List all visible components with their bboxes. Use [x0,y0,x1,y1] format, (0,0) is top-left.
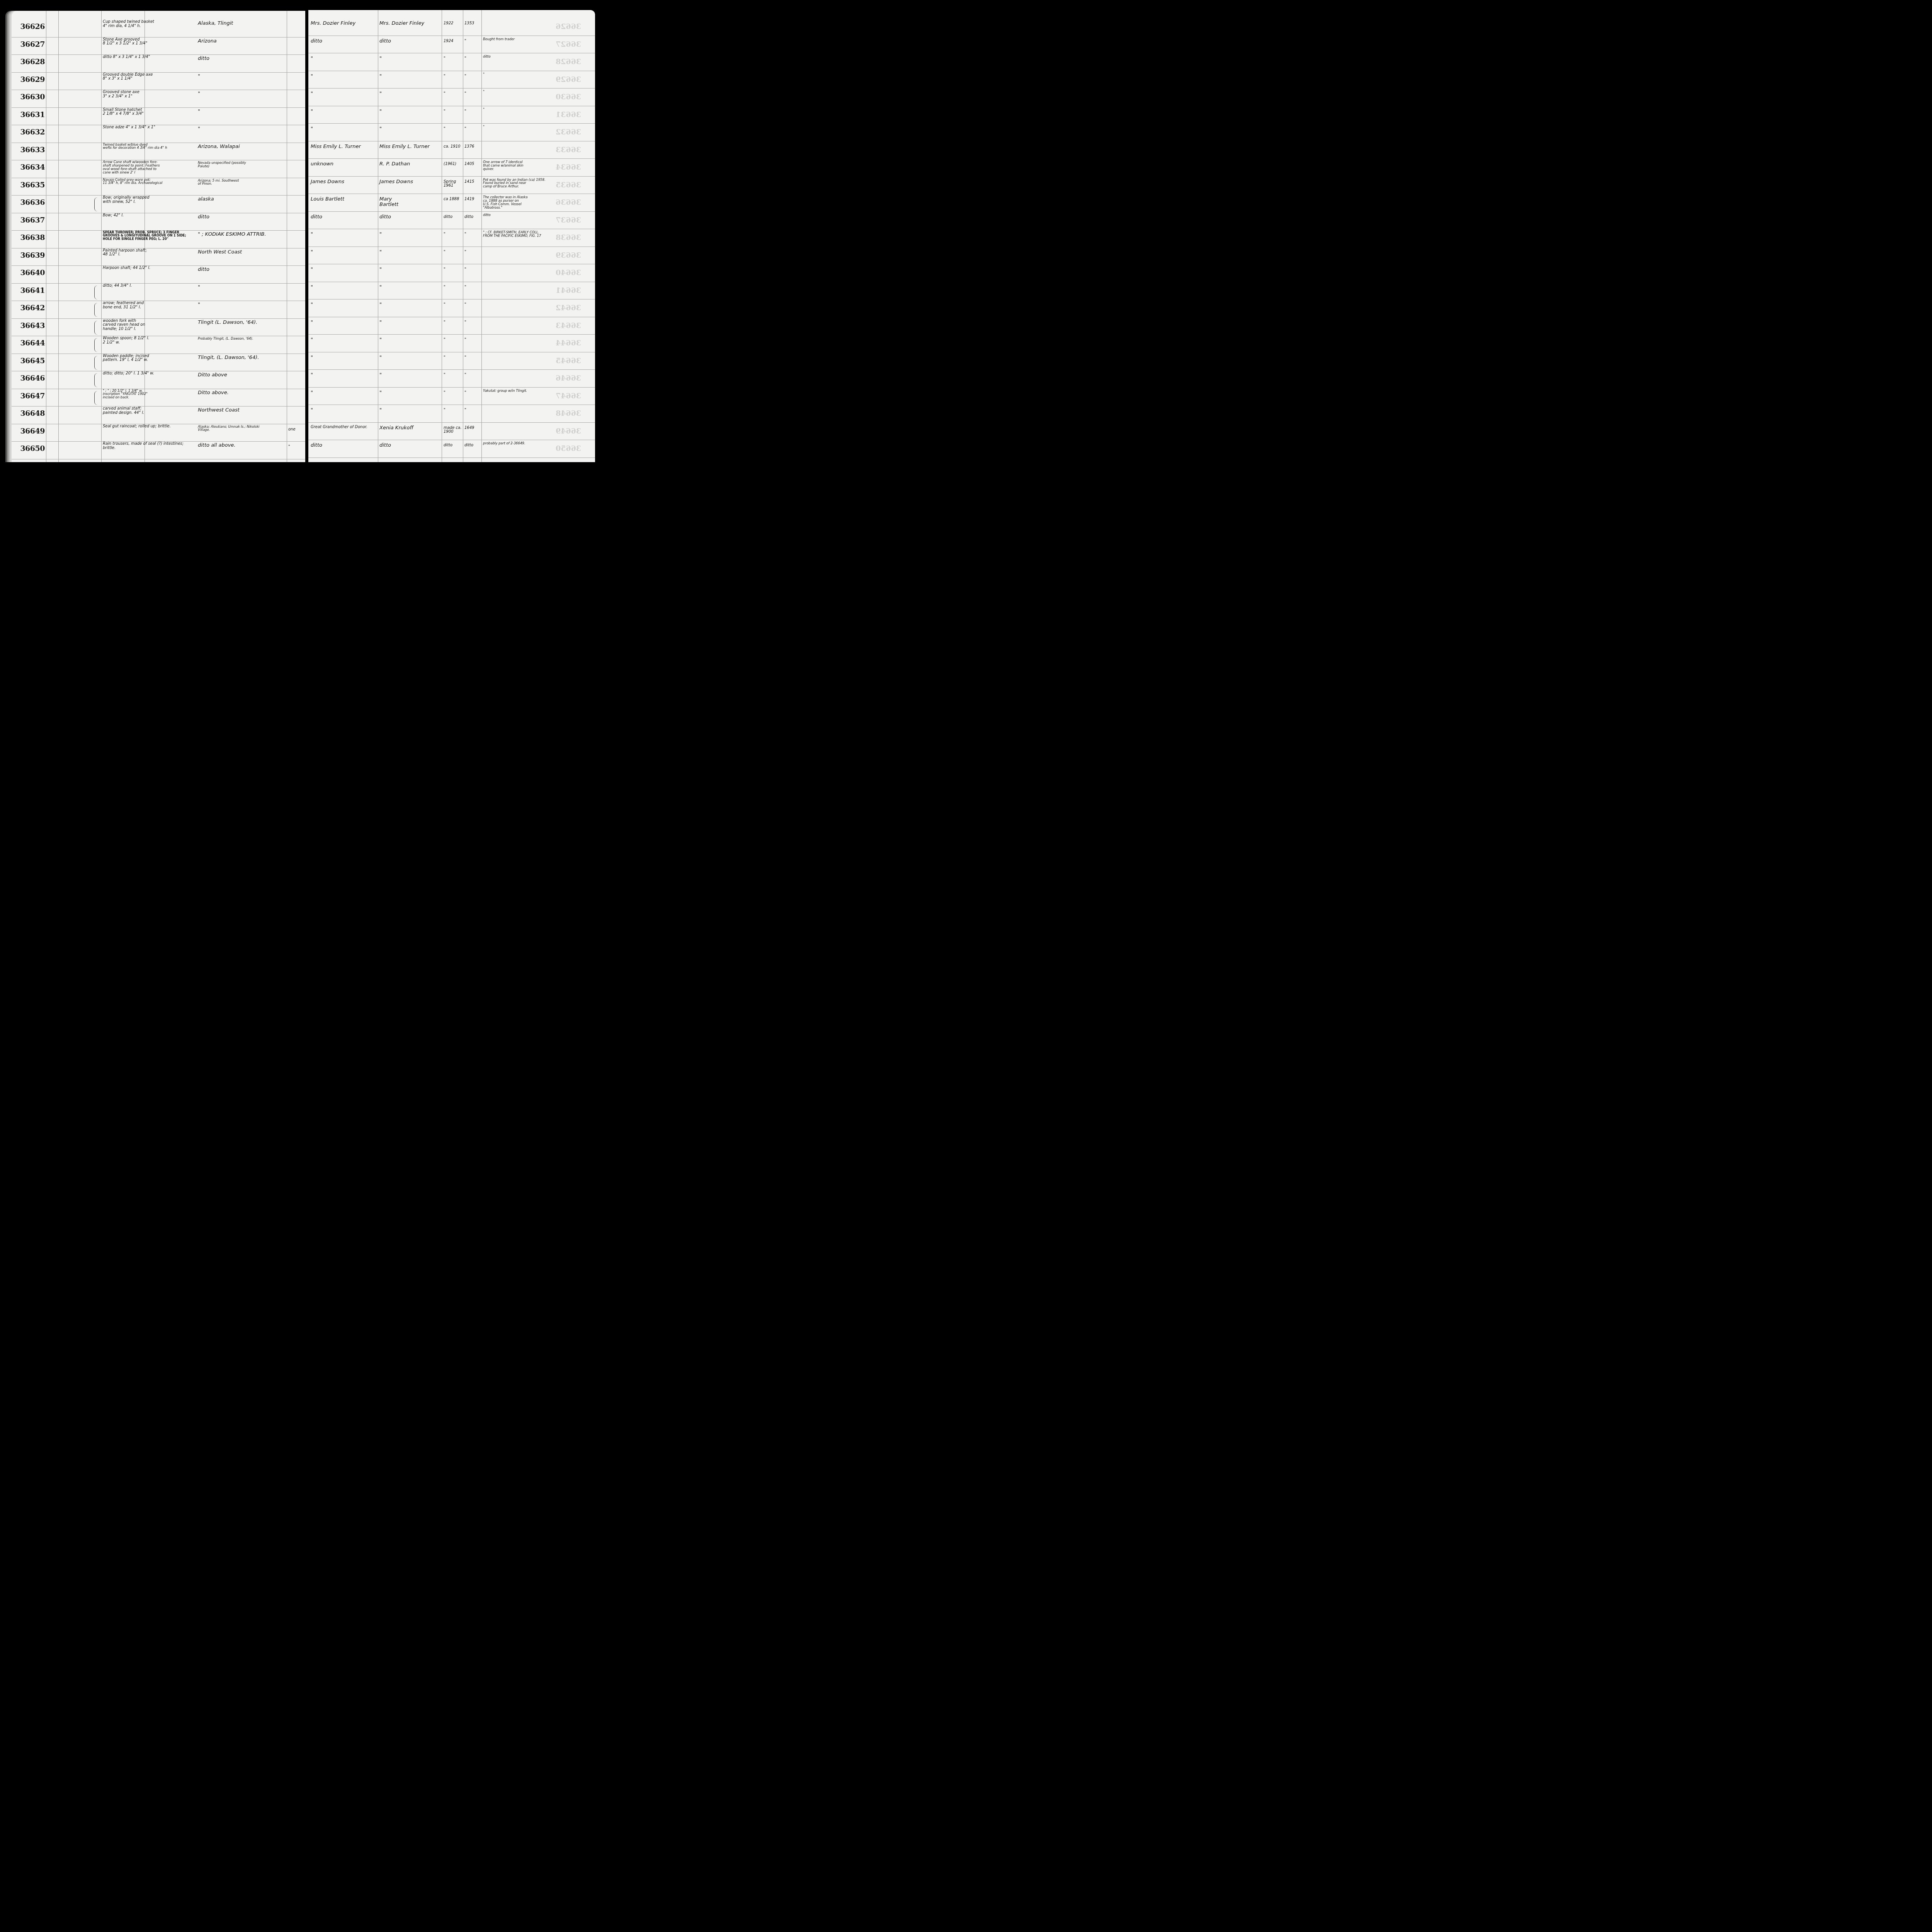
catalog-number: 36649 [13,428,45,435]
show-through-number: 36637 [556,216,581,224]
accession-number: " [464,127,481,131]
date: " [444,127,462,131]
ledger-row-right: dittoditto1924"Bought from trader [308,36,595,54]
donor: " [379,372,441,378]
ledger-row-left: 36633Twined basket w/blue dyed wefts for… [12,143,305,160]
description: Wooden spoon; 8 1/2" l. 2 1/2" w. [103,337,196,345]
show-through-number: 36629 [556,75,581,84]
collector: " [311,302,377,308]
show-through-number: 36650 [556,444,581,453]
date: " [444,57,462,61]
description: Bow; originally wrapped with sinew, 52" … [103,196,196,204]
date: 1922 [444,22,462,26]
ledger-row-right: Mrs. Dozier FinleyMrs. Dozier Finley1922… [308,19,595,36]
quantity: " [288,445,304,449]
description: " ; " ; 20 1/2" l. 1 3/4" w. inscription… [103,389,196,400]
description: Rain trousers, made of seal (?) intestin… [103,442,196,450]
ledger-row-right: Louis BartlettMary Bartlettca 18881419Th… [308,194,595,212]
ledger-row-right: """"" [308,89,595,107]
description: ditto 8" x 3 1/4" x 1 3/4" [103,55,196,60]
collector: " [311,109,377,114]
accession-number: " [464,356,481,360]
collector: " [311,320,377,325]
date: ditto [444,215,462,219]
locality: Tlingit, (L. Dawson, '64). [198,355,285,361]
ledger-row-right: James DownsJames DownsSpring 19611415Pot… [308,177,595,195]
accession-number: " [464,303,481,307]
date: 1924 [444,39,462,44]
bracket-mark [94,303,99,317]
accession-number: " [464,408,481,413]
locality: Arizona, Walapai [198,144,285,150]
donor: " [379,126,441,132]
ledger-row-right: """"" [308,107,595,124]
accession-number: 1376 [464,145,481,149]
ledger-row-left: 36637Bow; 42" l.ditto [12,213,305,231]
locality: " [198,302,285,308]
catalog-number: 36626 [13,23,45,31]
accession-number: 1415 [464,180,481,184]
ledger-row-left: 36645Wooden paddle; incised pattern. 19"… [12,354,305,371]
collector: " [311,390,377,396]
date: ditto [444,444,462,448]
show-through-number: 36633 [556,146,581,154]
bracket-mark [94,373,99,387]
accession-number: " [464,250,481,255]
ledger-row-right: """"ditto [308,54,595,71]
catalog-number: 36635 [13,182,45,189]
locality: Nevada unspecified (possibly Paiute) [198,162,285,168]
ledger-row-left: 36643wooden fork with carved raven head … [12,318,305,336]
show-through-number: 36646 [556,374,581,383]
ledger-row-left: 36649Seal gut raincoat; rolled up; britt… [12,424,305,442]
ledger-row-left: 36632Stone adze 4" x 1 3/4" x 1"" [12,125,305,143]
show-through-number: 36635 [556,181,581,189]
ledger-row-left: 36644Wooden spoon; 8 1/2" l. 2 1/2" w.Pr… [12,336,305,354]
ledger-row-left: 36634Arrow Cane shaft w/wooden fore- sha… [12,160,305,178]
donor: Miss Emily L. Turner [379,144,441,150]
show-through-number: 36648 [556,409,581,418]
ledger-row-left: 36627Stone Axe grooved 8 1/2" x 3 1/2" x… [12,37,305,55]
date: " [444,268,462,272]
donor: ditto [379,214,441,220]
date: " [444,233,462,237]
left-ledger-page: 36626Cup shaped twined basket 4" rim dia… [12,11,305,462]
accession-number: 1419 [464,197,481,202]
collector: " [311,250,377,255]
accession-number: " [464,75,481,79]
collector: " [311,285,377,290]
date: " [444,321,462,325]
accession-number: " [464,373,481,378]
accession-number: 1353 [464,22,481,26]
show-through-number: 36638 [556,233,581,242]
locality: alaska [198,197,285,202]
description: Bow; 42" l. [103,214,196,218]
donor: Mary Bartlett [379,197,441,207]
catalog-number: 36642 [13,304,45,312]
accession-number: " [464,391,481,395]
date: ca 1888 [444,197,462,202]
ledger-row-left: 36639Painted harpoon shaft; 48 1/2" l.No… [12,248,305,266]
show-through-number: 36639 [556,251,581,260]
description: Small Stone hatchet 2 1/8" x 4 7/8" x 3/… [103,108,196,116]
quantity: one [288,428,304,432]
catalog-number: 36638 [13,234,45,242]
ledger-row-right: """" [308,318,595,335]
date: " [444,250,462,255]
accession-number: " [464,268,481,272]
locality: ditto [198,267,285,272]
date: " [444,391,462,395]
accession-number: " [464,39,481,44]
description: Wooden paddle; incised pattern. 19" l, 4… [103,354,196,362]
collector: " [311,126,377,132]
accession-number: 1405 [464,162,481,167]
catalog-number: 36636 [13,199,45,207]
description: Twined basket w/blue dyed wefts for deco… [103,143,196,150]
catalog-number: 36637 [13,217,45,224]
ledger-row-left: 36641ditto; 44 3/4" l." [12,283,305,301]
donor: " [379,320,441,325]
locality: Alaska, Tlingit [198,21,285,26]
donor: " [379,285,441,290]
show-through-number: 36643 [556,321,581,330]
catalog-number: 36647 [13,393,45,400]
date: (1961) [444,162,462,167]
accession-number: " [464,57,481,61]
donor: " [379,408,441,413]
ledger-row-left: 36630Grooved stone axe 3" x 2 3/4" x 1"" [12,90,305,107]
ledger-row-left: 36647" ; " ; 20 1/2" l. 1 3/4" w. inscri… [12,389,305,406]
bracket-mark [94,197,99,211]
catalog-number: 36648 [13,410,45,418]
donor: Xenia Krukoff [379,425,441,431]
accession-number: " [464,286,481,290]
locality: " ; KODIAK ESKIMO ATTRIB. [198,232,285,237]
collector: " [311,56,377,61]
show-through-number: 36626 [556,22,581,31]
show-through-number: 36636 [556,198,581,207]
collector: " [311,337,377,343]
collector: ditto [311,214,377,220]
ledger-row-left: 36650Rain trousers, made of seal (?) int… [12,441,305,459]
date: " [444,75,462,79]
date: ca. 1910 [444,145,462,149]
collector: " [311,74,377,79]
ledger-row-right: """" [308,300,595,318]
locality: " [198,126,285,132]
locality: " [198,74,285,79]
show-through-number: 36628 [556,58,581,66]
catalog-number: 36640 [13,269,45,277]
show-through-number: 36645 [556,357,581,365]
donor: " [379,302,441,308]
catalog-number: 36641 [13,287,45,295]
description: arrow; feathered and bone end, 31 1/2" l… [103,301,196,310]
donor: " [379,337,441,343]
locality: ditto [198,214,285,220]
collector: James Downs [311,179,377,185]
row-rule [12,459,305,459]
donor: " [379,250,441,255]
ledger-row-left: 36626Cup shaped twined basket 4" rim dia… [12,19,305,37]
collector: Mrs. Dozier Finley [311,21,377,26]
ledger-row-left: 36640Harpoon shaft; 44 1/2" l.ditto [12,265,305,283]
donor: " [379,232,441,237]
catalog-number: 36633 [13,146,45,154]
catalog-number: 36631 [13,111,45,119]
catalog-number: 36639 [13,252,45,260]
date: " [444,408,462,413]
description: SPEAR THROWER; PROB. SPRUCE; 3 FINGER GR… [103,231,196,241]
date: " [444,356,462,360]
catalog-number: 36643 [13,322,45,330]
description: Grooved double Edge axe 8" x 3" x 1 1/4" [103,73,196,81]
accession-number: 1649 [464,426,481,430]
locality: " [198,285,285,290]
collector: " [311,232,377,237]
donor: " [379,74,441,79]
locality: Probably Tlingit, (L. Dawson, '64). [198,337,285,341]
ledger-row-left: 36629Grooved double Edge axe 8" x 3" x 1… [12,72,305,90]
locality: Alaska; Aleutians; Umnak Is.; Nikolski V… [198,425,285,432]
donor: " [379,390,441,396]
donor: R. P. Dathan [379,162,441,167]
ledger-row-left: 36628ditto 8" x 3 1/4" x 1 3/4"ditto [12,54,305,72]
ledger-row-right: """"" [308,124,595,142]
donor: " [379,109,441,114]
collector: Great Grandmother of Donor. [311,425,377,430]
description: Painted harpoon shaft; 48 1/2" l. [103,249,196,257]
accession-number: " [464,110,481,114]
description: Stone Axe grooved 8 1/2" x 3 1/2" x 1 3/… [103,38,196,46]
catalog-number: 36644 [13,340,45,347]
collector: ditto [311,443,377,448]
ledger-row-right: """" [308,405,595,423]
show-through-number: 36631 [556,111,581,119]
accession-number: " [464,233,481,237]
ledger-row-right: """" [308,335,595,353]
donor: " [379,267,441,272]
show-through-number: 36644 [556,339,581,347]
donor: " [379,56,441,61]
ledger-row-left: 36638SPEAR THROWER; PROB. SPRUCE; 3 FING… [12,230,305,248]
accession-number: " [464,92,481,96]
show-through-number: 36627 [556,40,581,49]
ledger-row-right: """"" ; CF. BIRKET-SMITH, EARLY COLL. FR… [308,230,595,247]
catalog-number: 36628 [13,58,45,66]
description: Harpoon shaft; 44 1/2" l. [103,266,196,270]
ledger-row-right: """" [308,265,595,282]
catalog-number: 36627 [13,41,45,49]
description: Grooved stone axe 3" x 2 3/4" x 1" [103,90,196,99]
bracket-mark [94,391,99,405]
donor: Mrs. Dozier Finley [379,21,441,26]
donor: " [379,91,441,97]
bracket-mark [94,286,99,299]
date: " [444,92,462,96]
ledger-row-right: """" [308,282,595,300]
date: " [444,110,462,114]
bracket-mark [94,356,99,370]
bracket-mark [94,338,99,352]
ledger-row-right: """" [308,370,595,388]
locality: " [198,109,285,114]
bracket-mark [94,321,99,335]
ledger-row-left: 36646ditto; ditto; 20" l. 1 3/4" w.Ditto… [12,371,305,389]
accession-number: " [464,338,481,342]
locality: Tlingit (L. Dawson, '64). [198,320,285,325]
collector: ditto [311,39,377,44]
right-ledger-page: Mrs. Dozier FinleyMrs. Dozier Finley1922… [308,10,595,462]
ledger-row-right: Miss Emily L. TurnerMiss Emily L. Turner… [308,142,595,160]
ledger-row-left: 36631Small Stone hatchet 2 1/8" x 4 7/8"… [12,107,305,125]
catalog-number: 36632 [13,129,45,136]
donor: ditto [379,39,441,44]
donor: " [379,355,441,361]
ledger-row-right: """" [308,353,595,371]
ledger-row-right: dittodittodittodittoprobably part of 2-3… [308,440,595,458]
description: carved animal staff; painted design. 44"… [103,407,196,415]
description: Arrow Cane shaft w/wooden fore- shaft sh… [103,161,196,175]
show-through-number: 36641 [556,286,581,295]
ledger-row-left: 36648carved animal staff; painted design… [12,406,305,424]
catalog-number: 36646 [13,375,45,383]
description: Seal gut raincoat; rolled up; brittle. [103,425,196,429]
collector: " [311,408,377,413]
catalog-number: 36650 [13,445,45,453]
show-through-number: 36632 [556,128,581,136]
show-through-number: 36630 [556,93,581,101]
date: " [444,338,462,342]
locality: ditto all above. [198,443,285,448]
date: " [444,286,462,290]
ledger-row-right: """"Yakutat: group w/in Tlingit. [308,388,595,406]
catalog-number: 36645 [13,357,45,365]
accession-number: ditto [464,444,481,448]
description: ditto; ditto; 20" l. 1 3/4" w. [103,372,196,376]
donor: James Downs [379,179,441,185]
catalog-number: 36629 [13,76,45,84]
ledger-row-right: """"" [308,71,595,89]
date: " [444,373,462,378]
catalog-number: 36630 [13,94,45,101]
collector: " [311,91,377,97]
collector: " [311,372,377,378]
description: Stone adze 4" x 1 3/4" x 1" [103,126,196,130]
date: Spring 1961 [444,180,462,188]
description: Navajo Coiled grey-ware pot; 11 3/4" h, … [103,179,196,185]
collector: Louis Bartlett [311,197,377,202]
locality: " [198,91,285,97]
show-through-number: 36640 [556,269,581,277]
date: made ca. 1900 [444,426,462,434]
locality: Arizona; 5 mi. Southwest of Pinon. [198,179,285,186]
locality: North West Coast [198,250,285,255]
date: " [444,303,462,307]
locality: Ditto above. [198,390,285,396]
ledger-row-left: 36636Bow; originally wrapped with sinew,… [12,195,305,213]
show-through-number: 36634 [556,163,581,172]
locality: Arizona [198,39,285,44]
ledger-row-left: 36642arrow; feathered and bone end, 31 1… [12,301,305,318]
ledger-row-right: Great Grandmother of Donor.Xenia Krukoff… [308,423,595,441]
ledger-row-left: 36635Navajo Coiled grey-ware pot; 11 3/4… [12,178,305,196]
locality: ditto [198,56,285,61]
catalog-number: 36634 [13,164,45,172]
description: wooden fork with carved raven head on ha… [103,319,196,332]
accession-number: ditto [464,215,481,219]
collector: unknown [311,162,377,167]
description: ditto; 44 3/4" l. [103,284,196,288]
locality: Northwest Coast [198,408,285,413]
show-through-number: 36642 [556,304,581,312]
collector: " [311,355,377,361]
show-through-number: 36647 [556,392,581,400]
collector: " [311,267,377,272]
description: Cup shaped twined basket 4" rim dia, 4 1… [103,20,196,28]
ledger-row-right: unknownR. P. Dathan(1961)1405One arrow o… [308,159,595,177]
locality: Ditto above [198,372,285,378]
ledger-row-right: """" [308,247,595,265]
donor: ditto [379,443,441,448]
accession-number: " [464,321,481,325]
show-through-number: 36649 [556,427,581,435]
ledger-row-right: dittodittodittodittoditto [308,212,595,230]
collector: Miss Emily L. Turner [311,144,377,150]
